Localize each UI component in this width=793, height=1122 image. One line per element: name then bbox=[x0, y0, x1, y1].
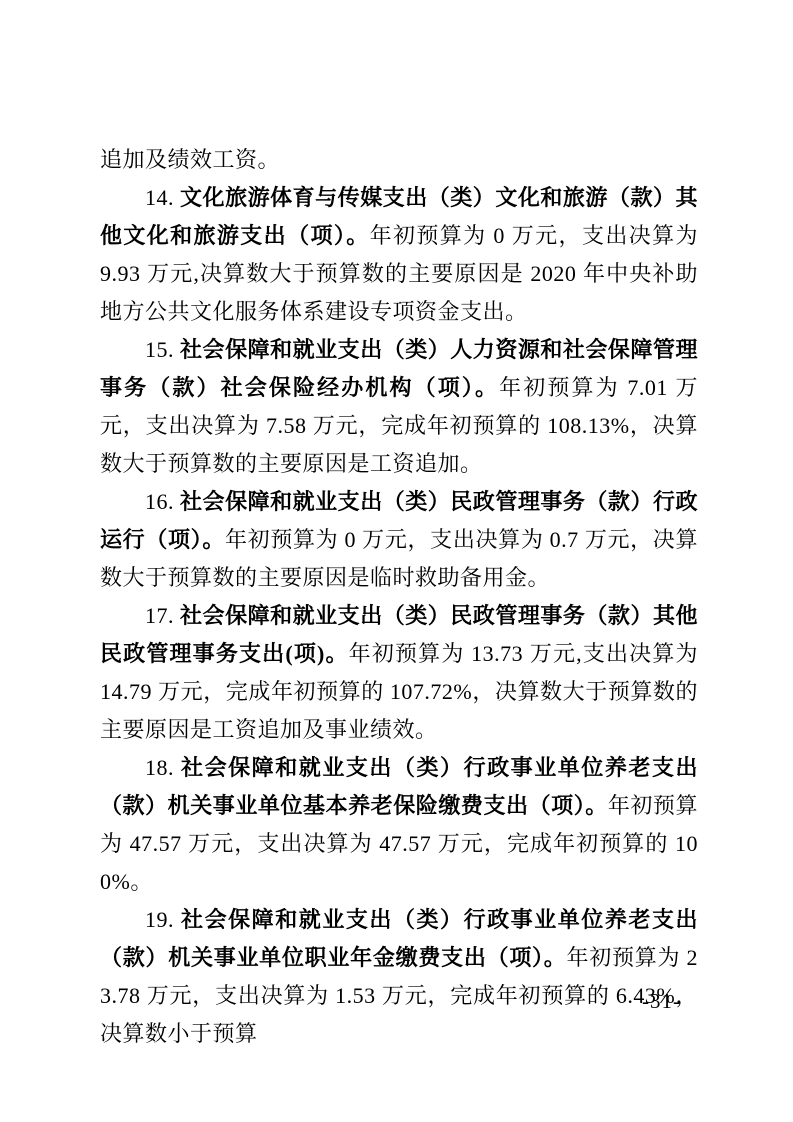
item-17-number: 17. bbox=[145, 603, 180, 628]
item-18-number: 18. bbox=[145, 755, 181, 780]
paragraph-item-16: 16. 社会保障和就业支出（类）民政管理事务（款）行政运行（项）。年初预算为 0… bbox=[100, 483, 698, 597]
paragraph-item-14: 14. 文化旅游体育与传媒支出（类）文化和旅游（款）其他文化和旅游支出（项）。年… bbox=[100, 179, 698, 331]
item-15-number: 15. bbox=[145, 337, 180, 362]
item-14-number: 14. bbox=[145, 185, 180, 210]
paragraph-continuation: 追加及绩效工资。 bbox=[100, 141, 698, 179]
paragraph-item-18: 18. 社会保障和就业支出（类）行政事业单位养老支出（款）机关事业单位基本养老保… bbox=[100, 749, 698, 901]
continuation-text: 追加及绩效工资。 bbox=[100, 147, 280, 172]
paragraph-item-17: 17. 社会保障和就业支出（类）民政管理事务（款）其他民政管理事务支出(项)。年… bbox=[100, 597, 698, 749]
page-number: -31- bbox=[642, 986, 681, 1016]
paragraph-item-19: 19. 社会保障和就业支出（类）行政事业单位养老支出（款）机关事业单位职业年金缴… bbox=[100, 901, 698, 1053]
paragraph-item-15: 15. 社会保障和就业支出（类）人力资源和社会保障管理事务（款）社会保险经办机构… bbox=[100, 331, 698, 483]
item-19-number: 19. bbox=[145, 907, 181, 932]
document-page: 追加及绩效工资。 14. 文化旅游体育与传媒支出（类）文化和旅游（款）其他文化和… bbox=[0, 0, 793, 1122]
document-body: 追加及绩效工资。 14. 文化旅游体育与传媒支出（类）文化和旅游（款）其他文化和… bbox=[100, 141, 698, 1053]
item-16-number: 16. bbox=[145, 489, 180, 514]
